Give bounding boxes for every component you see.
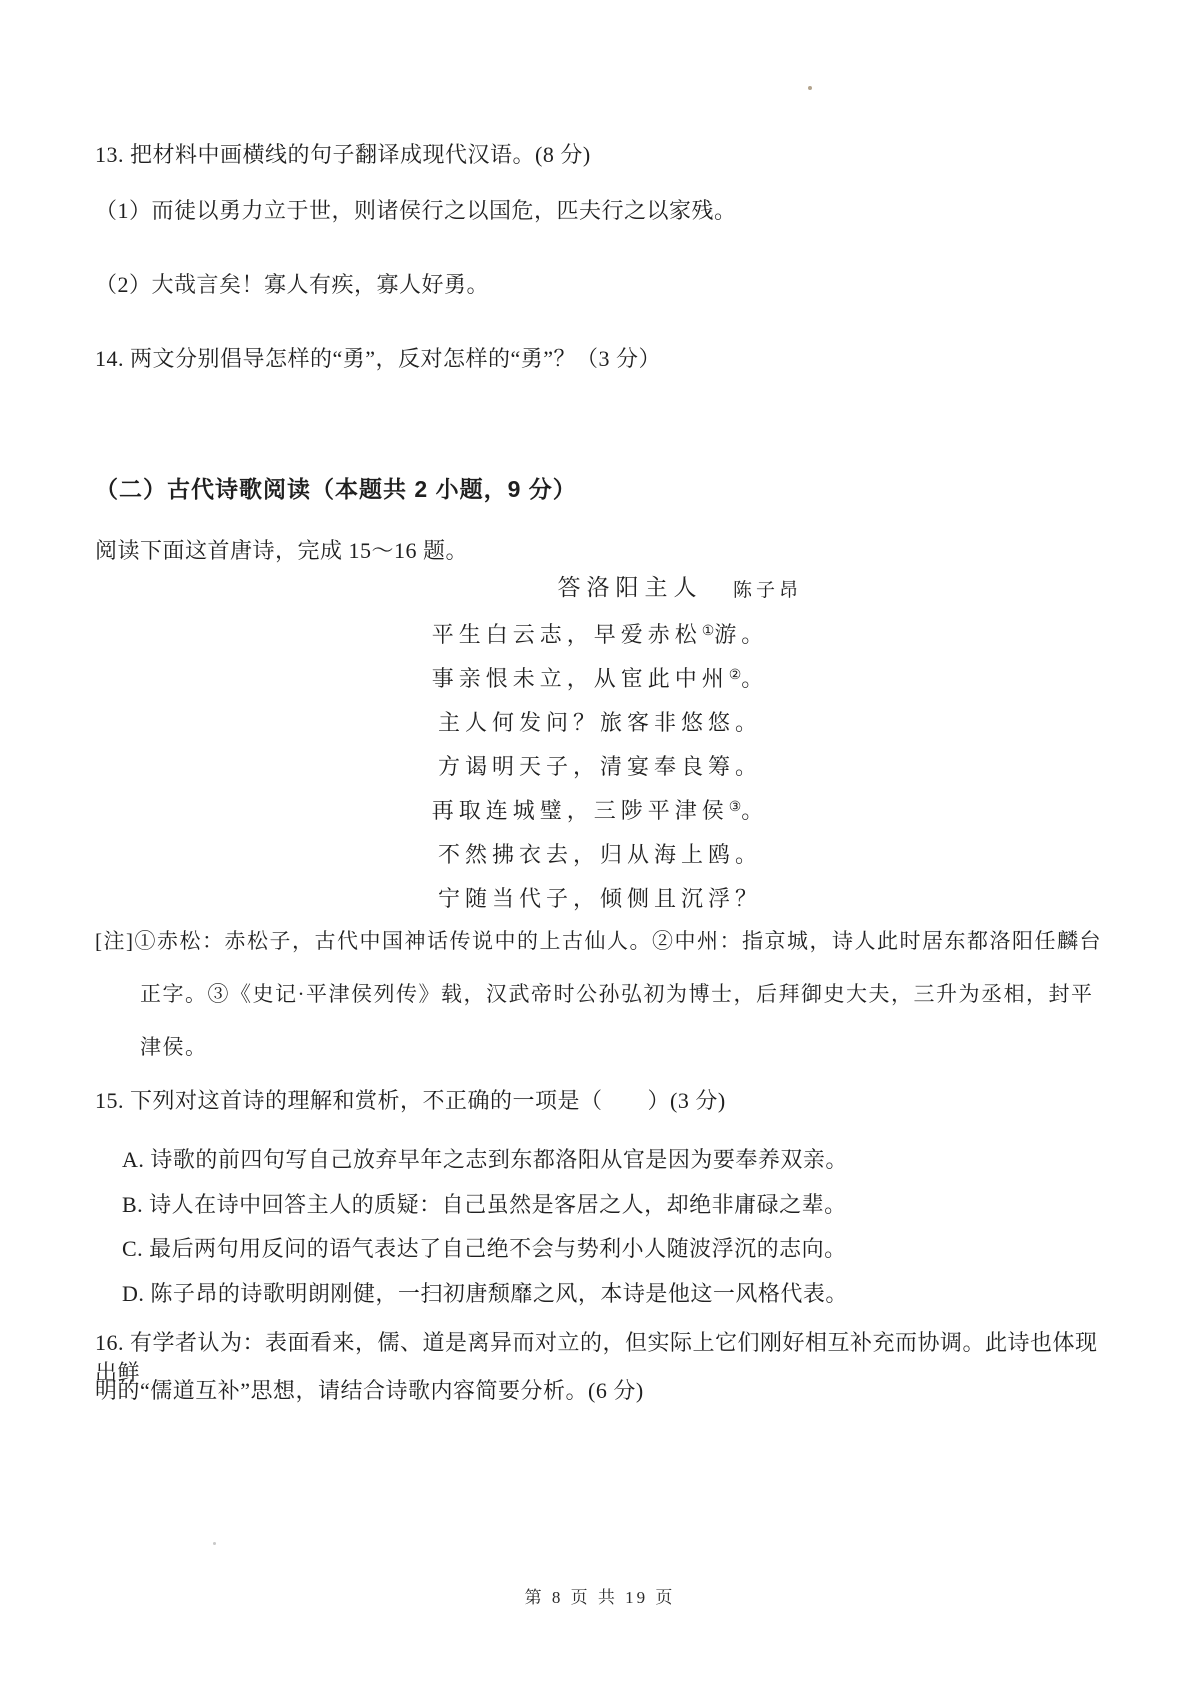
poem-line: 事亲恨未立，从宦此中州②。 (0, 654, 1200, 698)
footnote-marker-1: ① (702, 624, 715, 639)
section-2-intro: 阅读下面这首唐诗，完成 15～16 题。 (95, 536, 1115, 566)
poem-line: 不然拂衣去，归从海上鸥。 (0, 830, 1200, 874)
poem-line-text: 主人何发问？旅客非悠悠。 (438, 710, 762, 735)
question-15-option-a: A. 诗歌的前四句写自己放弃早年之志到东都洛阳从官是因为要奉养双亲。 (122, 1145, 1115, 1175)
poem-line: 方谒明天子，清宴奉良筹。 (0, 742, 1200, 786)
page-footer: 第 8 页 共 19 页 (0, 1583, 1200, 1613)
footnote-marker-2: ② (729, 668, 742, 683)
question-15-stem: 15. 下列对这首诗的理解和赏析，不正确的一项是（ ）(3 分) (95, 1086, 1115, 1116)
question-13-stem: 13. 把材料中画横线的句子翻译成现代汉语。(8 分) (95, 140, 1115, 170)
poem-line-text: 再取连城璧，三陟平津侯 (432, 798, 729, 823)
question-15-option-b: B. 诗人在诗中回答主人的质疑：自己虽然是客居之人，却绝非庸碌之辈。 (122, 1190, 1115, 1220)
question-13-sub1: （1）而徒以勇力立于世，则诸侯行之以国危，匹夫行之以家残。 (95, 196, 1115, 226)
poem-line-text: 。 (741, 798, 768, 823)
poem-note-line-2: 正字。③《史记·平津侯列传》载，汉武帝时公孙弘初为博士，后拜御史大夫，三升为丞相… (140, 979, 1115, 1009)
scan-artifact-dot (808, 86, 812, 90)
poem-note-line-1: [注]①赤松：赤松子，古代中国神话传说中的上古仙人。②中州：指京城，诗人此时居东… (95, 926, 1115, 956)
poem-line: 平生白云志，早爱赤松①游。 (0, 610, 1200, 654)
poem-line-text: 不然拂衣去，归从海上鸥。 (438, 842, 762, 867)
footnote-marker-3: ③ (729, 800, 742, 815)
poem-author: 陈子昂 (733, 569, 802, 613)
question-14-stem: 14. 两文分别倡导怎样的“勇”，反对怎样的“勇”？（3 分） (95, 344, 1115, 374)
poem-note-line-3: 津侯。 (140, 1032, 1115, 1062)
question-13-sub2: （2）大哉言矣！寡人有疾，寡人好勇。 (95, 270, 1115, 300)
poem-line-text: 平生白云志，早爱赤松 (432, 622, 702, 647)
question-15-option-c: C. 最后两句用反问的语气表达了自己绝不会与势利小人随波浮沉的志向。 (122, 1234, 1115, 1264)
question-16-stem-line-2: 明的“儒道互补”思想，请结合诗歌内容简要分析。(6 分) (95, 1376, 1115, 1406)
poem-line: 主人何发问？旅客非悠悠。 (0, 698, 1200, 742)
poem-line-text: 宁随当代子，倾侧且沉浮？ (438, 886, 762, 911)
poem-line-text: 游。 (714, 622, 768, 647)
section-2-heading: （二）古代诗歌阅读（本题共 2 小题，9 分） (95, 474, 1115, 504)
poem-line-text: 方谒明天子，清宴奉良筹。 (438, 754, 762, 779)
scan-artifact-dot (213, 1542, 216, 1545)
poem-title-line: 答洛阳主人 陈子昂 (0, 566, 1200, 610)
poem: 答洛阳主人 陈子昂 平生白云志，早爱赤松①游。 事亲恨未立，从宦此中州②。 主人… (0, 566, 1200, 918)
exam-page: { "q13": { "stem": "13. 把材料中画横线的句子翻译成现代汉… (0, 0, 1200, 1697)
poem-line: 宁随当代子，倾侧且沉浮？ (0, 874, 1200, 918)
poem-title: 答洛阳主人 (498, 575, 703, 600)
question-15-option-d: D. 陈子昂的诗歌明朗刚健，一扫初唐颓靡之风，本诗是他这一风格代表。 (122, 1279, 1115, 1309)
poem-line: 再取连城璧，三陟平津侯③。 (0, 786, 1200, 830)
poem-line-text: 事亲恨未立，从宦此中州 (432, 666, 729, 691)
poem-line-text: 。 (741, 666, 768, 691)
